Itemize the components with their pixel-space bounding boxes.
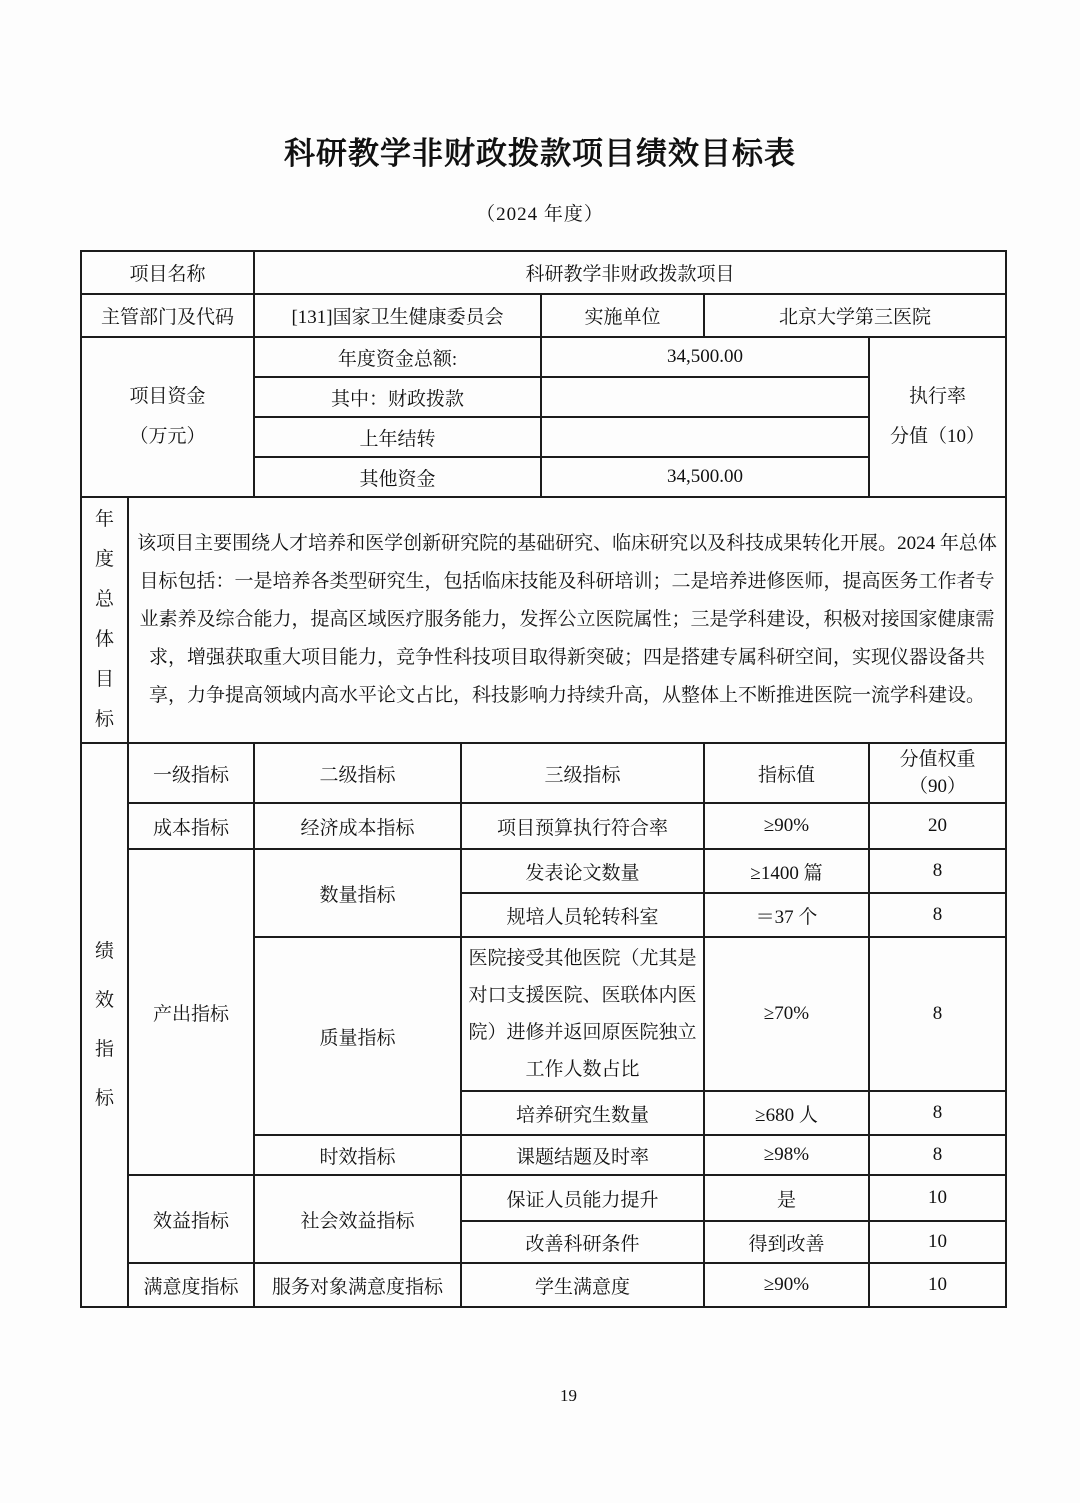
table-row: 主管部门及代码 [131]国家卫生健康委员会 实施单位 北京大学第三医院: [81, 294, 1006, 337]
cell-l3: 项目预算执行符合率: [461, 803, 704, 849]
cell-l3: 医院接受其他医院（尤其是对口支援医院、医联体内医院）进修并返回原医院独立工作人数…: [461, 937, 704, 1091]
cell-value: ≥1400 篇: [704, 849, 869, 893]
cell-funding-section-label: 项目资金 （万元）: [81, 337, 254, 497]
table-row: 年 度 总 体 目 标 该项目主要围绕人才培养和医学创新研究院的基础研究、临床研…: [81, 497, 1006, 743]
cell-funding-total-label: 年度资金总额:: [254, 337, 541, 377]
cell-value: ≥90%: [704, 803, 869, 849]
cell-score: 8: [869, 893, 1006, 937]
cell-perf-section-label: 绩 效 指 标: [81, 743, 128, 1307]
cell-funding-carryover-label: 上年结转: [254, 417, 541, 457]
cell-dept-value: [131]国家卫生健康委员会: [254, 294, 541, 337]
table-row: 效益指标 社会效益指标 保证人员能力提升 是 10: [81, 1175, 1006, 1221]
cell-project-name-label: 项目名称: [81, 251, 254, 294]
table-row: 项目名称 科研教学非财政拨款项目: [81, 251, 1006, 294]
cell-score: 10: [869, 1175, 1006, 1221]
cell-value: 得到改善: [704, 1221, 869, 1263]
table-row: 项目资金 （万元） 年度资金总额: 34,500.00 执行率 分值（10）: [81, 337, 1006, 377]
cell-funding-carryover-value: [541, 417, 869, 457]
cell-l3: 改善科研条件: [461, 1221, 704, 1263]
cell-header-l2: 二级指标: [254, 743, 461, 803]
cell-l1: 满意度指标: [128, 1263, 254, 1307]
cell-l3: 发表论文数量: [461, 849, 704, 893]
cell-score: 10: [869, 1263, 1006, 1307]
cell-value: ≥680 人: [704, 1091, 869, 1135]
cell-impl-value: 北京大学第三医院: [704, 294, 1006, 337]
cell-value: ≥98%: [704, 1135, 869, 1175]
cell-value: 是: [704, 1175, 869, 1221]
cell-score: 8: [869, 1135, 1006, 1175]
cell-l2: 社会效益指标: [254, 1175, 461, 1263]
page-number: 19: [560, 1386, 577, 1406]
cell-funding-other-value: 34,500.00: [541, 457, 869, 497]
page-subtitle: （2024 年度）: [0, 199, 1080, 226]
cell-header-weight: 分值权重 （90）: [869, 743, 1006, 803]
cell-l3: 保证人员能力提升: [461, 1175, 704, 1221]
cell-header-l3: 三级指标: [461, 743, 704, 803]
performance-target-table: 项目名称 科研教学非财政拨款项目 主管部门及代码 [131]国家卫生健康委员会 …: [80, 250, 1007, 1308]
page-title: 科研教学非财政拨款项目绩效目标表: [0, 0, 1080, 173]
cell-project-name-value: 科研教学非财政拨款项目: [254, 251, 1006, 294]
cell-impl-label: 实施单位: [541, 294, 704, 337]
table-row: 成本指标 经济成本指标 项目预算执行符合率 ≥90% 20: [81, 803, 1006, 849]
cell-l1: 效益指标: [128, 1175, 254, 1263]
cell-l2: 经济成本指标: [254, 803, 461, 849]
cell-exec-rate-label: 执行率 分值（10）: [869, 337, 1006, 497]
cell-score: 8: [869, 849, 1006, 893]
cell-l3: 课题结题及时率: [461, 1135, 704, 1175]
document-page: 科研教学非财政拨款项目绩效目标表 （2024 年度） 项目名称 科研教学非财政拨…: [0, 0, 1080, 1503]
cell-value: ≥90%: [704, 1263, 869, 1307]
cell-funding-fiscal-value: [541, 377, 869, 417]
cell-score: 8: [869, 1091, 1006, 1135]
cell-annual-goal-label: 年 度 总 体 目 标: [81, 497, 128, 743]
table-row: 产出指标 数量指标 发表论文数量 ≥1400 篇 8: [81, 849, 1006, 893]
cell-funding-total-value: 34,500.00: [541, 337, 869, 377]
cell-l2: 质量指标: [254, 937, 461, 1135]
cell-annual-goal-text: 该项目主要围绕人才培养和医学创新研究院的基础研究、临床研究以及科技成果转化开展。…: [128, 497, 1006, 743]
cell-l3: 学生满意度: [461, 1263, 704, 1307]
cell-funding-other-label: 其他资金: [254, 457, 541, 497]
cell-l3: 规培人员轮转科室: [461, 893, 704, 937]
cell-dept-label: 主管部门及代码: [81, 294, 254, 337]
cell-l1: 产出指标: [128, 849, 254, 1175]
cell-value: ≥70%: [704, 937, 869, 1091]
cell-score: 20: [869, 803, 1006, 849]
cell-score: 10: [869, 1221, 1006, 1263]
cell-l3: 培养研究生数量: [461, 1091, 704, 1135]
cell-l1: 成本指标: [128, 803, 254, 849]
cell-score: 8: [869, 937, 1006, 1091]
table-row: 满意度指标 服务对象满意度指标 学生满意度 ≥90% 10: [81, 1263, 1006, 1307]
cell-header-l1: 一级指标: [128, 743, 254, 803]
cell-value: ＝37 个: [704, 893, 869, 937]
cell-l2: 服务对象满意度指标: [254, 1263, 461, 1307]
cell-header-value: 指标值: [704, 743, 869, 803]
table-row: 绩 效 指 标 一级指标 二级指标 三级指标 指标值 分值权重 （90）: [81, 743, 1006, 803]
cell-l2: 时效指标: [254, 1135, 461, 1175]
cell-funding-fiscal-label: 其中：财政拨款: [254, 377, 541, 417]
cell-l2: 数量指标: [254, 849, 461, 937]
